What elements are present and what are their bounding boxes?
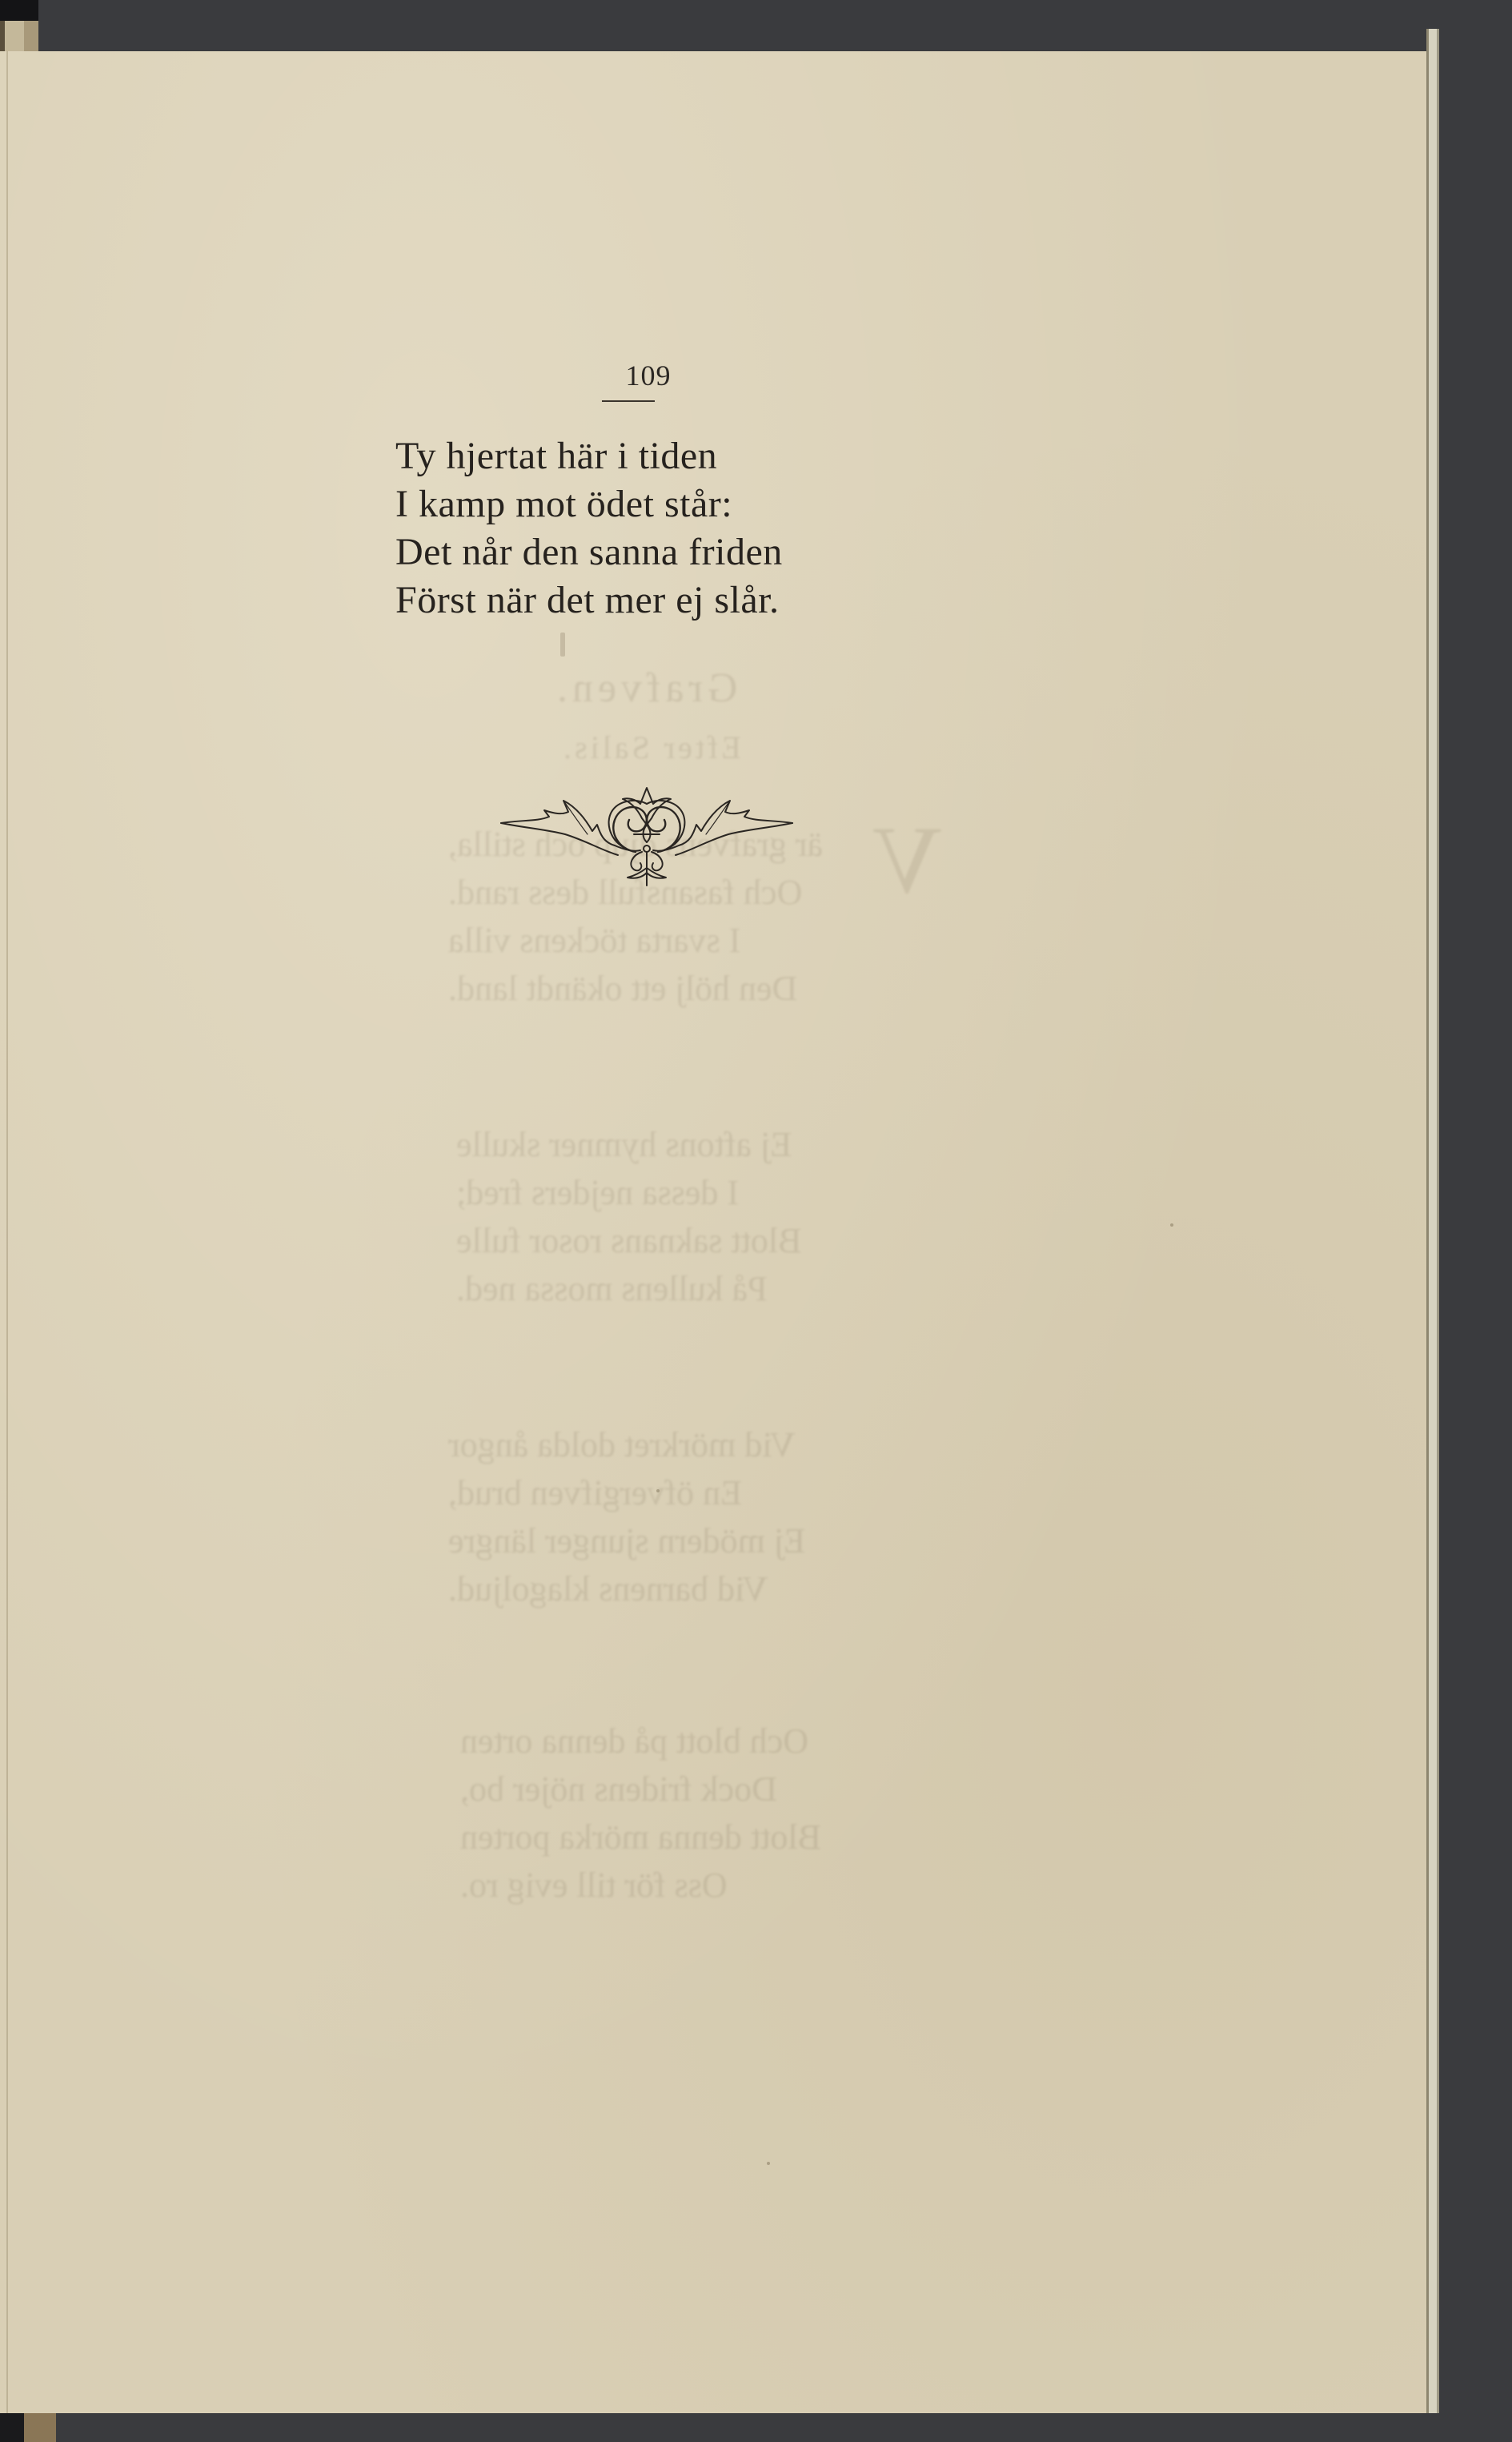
showthrough-subtitle: Efter Salis. [560, 729, 741, 766]
showthrough-line: Ej aftons hymner skulle [456, 1121, 801, 1169]
showthrough-stanza: Vid mörkret dolda ångor En öfvergifven b… [448, 1421, 805, 1613]
binding-scrap [0, 2412, 56, 2442]
showthrough-stanza: Och blott på denna orten Dock fridens nö… [460, 1717, 821, 1910]
showthrough-line: Blott denna mörka porten [460, 1813, 821, 1862]
showthrough-line: Vid barnens klagoljud. [448, 1565, 805, 1613]
showthrough-line: På kullens mossa ned. [456, 1265, 801, 1313]
showthrough-stanza: Ej aftons hymner skulle I dessa nejders … [456, 1121, 801, 1313]
poem-line-3: Det når den sanna friden [395, 528, 783, 576]
showthrough-line: Den hölj ett okändt land. [448, 965, 823, 1013]
showthrough-initial: V [872, 805, 942, 915]
poem-line-4: Först när det mer ej slår. [395, 576, 783, 625]
poem-line-1: Ty hjertat här i tiden [395, 432, 783, 480]
floral-scroll-ornament-icon [498, 785, 796, 889]
showthrough-line: I dessa nejders fred; [456, 1169, 801, 1217]
showthrough-line: En öfvergifven brud, [448, 1469, 805, 1517]
showthrough-line: Blott saknans rosor fulle [456, 1217, 801, 1265]
poem-stanza: Ty hjertat här i tiden I kamp mot ödet s… [395, 432, 783, 625]
showthrough-line: Oss för till evig ro. [460, 1862, 821, 1910]
paper-speck [1170, 1223, 1173, 1227]
showthrough-line: Och blott på denna orten [460, 1717, 821, 1765]
showthrough-title: Grafven. [552, 665, 737, 712]
page-fore-edge [1426, 29, 1439, 2413]
poem-line-2: I kamp mot ödet står: [395, 480, 783, 528]
gutter-line [6, 51, 8, 2413]
scanner-background-corner [0, 0, 38, 21]
page-number: 109 [608, 359, 688, 392]
paper-mark [560, 633, 565, 657]
paper-speck [656, 1489, 660, 1492]
page-number-rule [602, 400, 655, 402]
showthrough-line: Dock fridens nöjer bo, [460, 1765, 821, 1813]
showthrough-line: Vid mörkret dolda ångor [448, 1421, 805, 1469]
paper-speck [767, 2162, 770, 2165]
previous-page-edge [0, 21, 38, 53]
showthrough-line: Ej mödern sjunger längre [448, 1517, 805, 1565]
showthrough-line: I svarta töckens villa [448, 917, 823, 965]
